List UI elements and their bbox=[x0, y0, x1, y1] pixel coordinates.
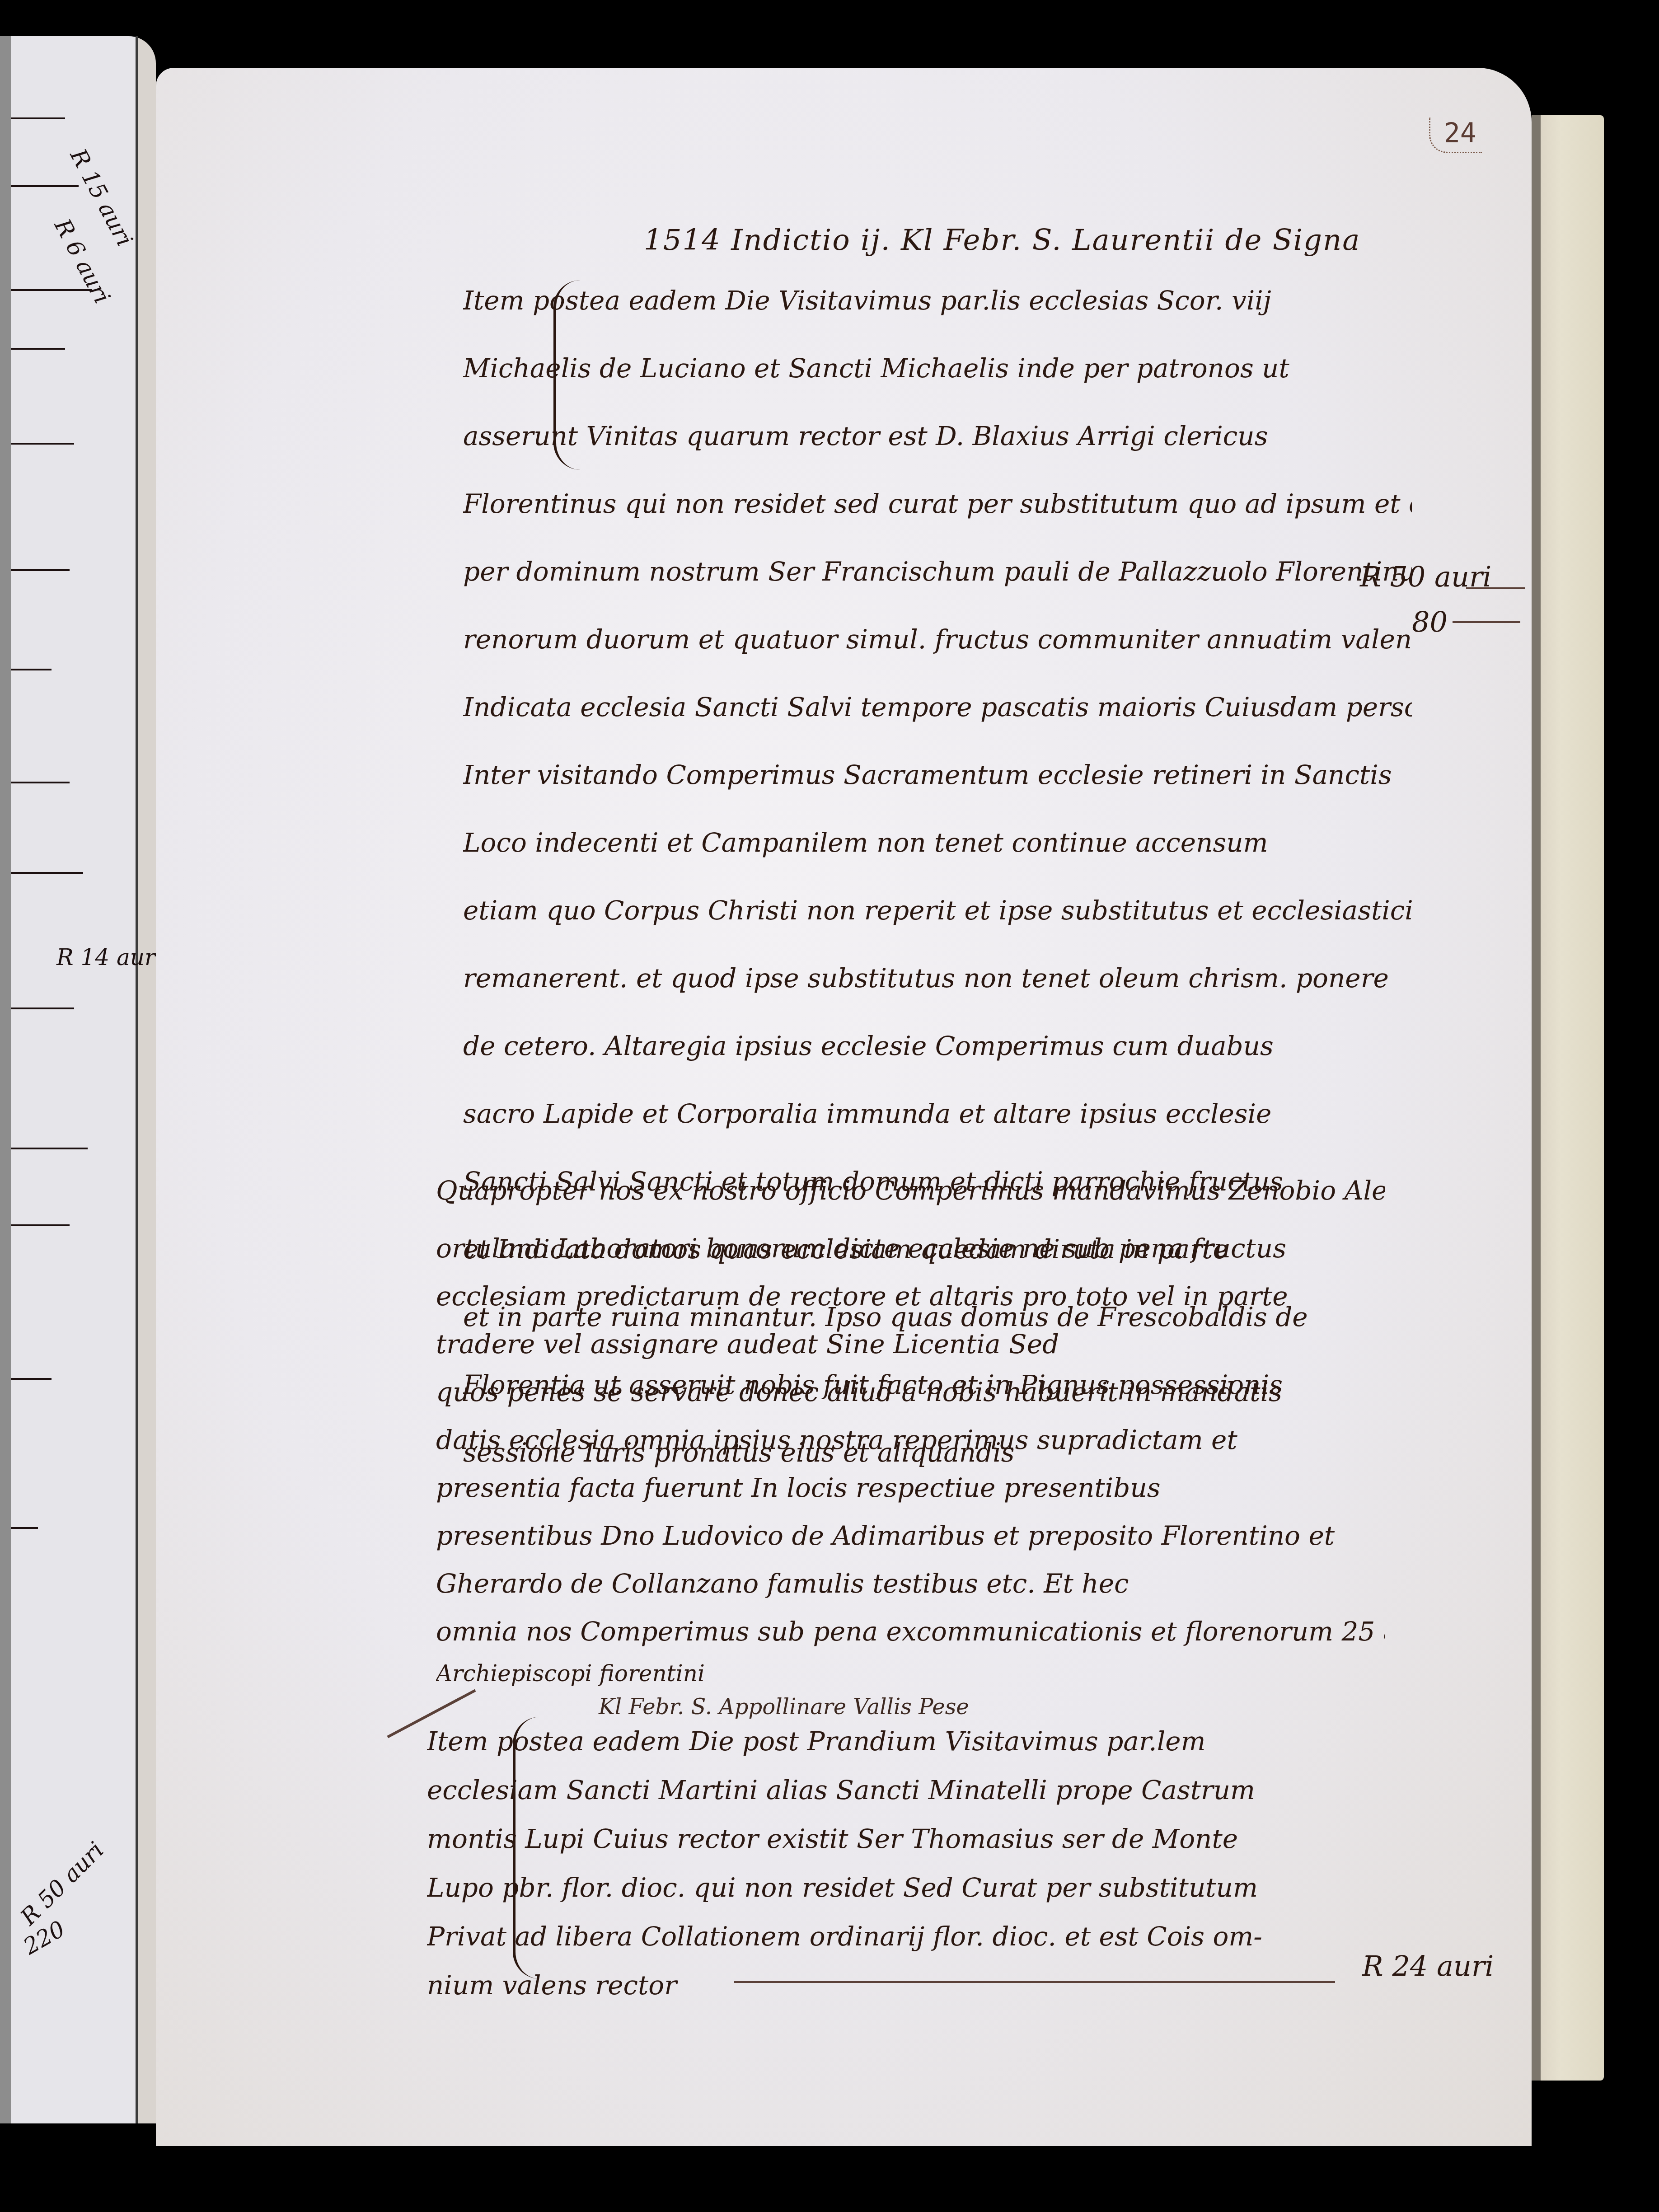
interline-heading: Kl Febr. S. Appollinare Vallis Pese bbox=[599, 1694, 969, 1720]
left-text-stub bbox=[11, 1008, 74, 1009]
manuscript-page: 24 1514 Indictio ij. Kl Febr. S. Laurent… bbox=[156, 68, 1532, 2146]
line-filler-rule bbox=[734, 1981, 1335, 1983]
text-line: Florentinus qui non residet sed curat pe… bbox=[463, 470, 1412, 538]
text-line: remanerent. et quod ipse substitutus non… bbox=[463, 944, 1412, 1012]
facing-left-page: R 15 auri R 6 auri R 14 auri R 50 auri 2… bbox=[0, 36, 156, 2123]
text-line: Indicata ecclesia Sancti Salvi tempore p… bbox=[463, 673, 1412, 741]
margin-rule bbox=[1466, 587, 1525, 589]
text-line: etiam quo Corpus Christi non reperit et … bbox=[463, 876, 1412, 944]
left-text-stub bbox=[11, 443, 74, 445]
text-line: ecclesiam Sancti Martini alias Sancti Mi… bbox=[427, 1766, 1376, 1814]
text-line: Quapropter nos ex nostro officio Comperi… bbox=[436, 1157, 1385, 1224]
page-header: 1514 Indictio ij. Kl Febr. S. Laurentii … bbox=[644, 224, 1360, 257]
text-line: per dominum nostrum Ser Francischum paul… bbox=[463, 538, 1412, 605]
left-text-stub bbox=[11, 185, 79, 187]
text-line: Inter visitando Comperimus Sacramentum e… bbox=[463, 741, 1412, 809]
page-stack-edge bbox=[1532, 115, 1604, 2081]
left-text-stub bbox=[11, 1224, 70, 1226]
left-text-stub bbox=[11, 348, 65, 350]
left-text-stub bbox=[11, 289, 92, 291]
visitation-entry-3: Item postea eadem Die post Prandium Visi… bbox=[427, 1717, 1376, 2010]
left-text-stub bbox=[11, 1378, 52, 1380]
text-line: ecclesiam predictarum de rectore et alta… bbox=[436, 1272, 1385, 1320]
text-line: ortulano Laboratori bonorum dicte eccles… bbox=[436, 1224, 1385, 1272]
left-text-stub bbox=[11, 117, 65, 119]
text-line: Loco indecenti et Campanilem non tenet c… bbox=[463, 809, 1412, 876]
text-line: datis ecclesia omnia ipsius nostra reper… bbox=[436, 1416, 1385, 1464]
left-margin-note: R 14 auri bbox=[56, 944, 163, 970]
text-line: Lupo pbr. flor. dioc. qui non residet Se… bbox=[427, 1863, 1376, 1912]
binding-gutter bbox=[136, 36, 138, 2123]
text-line: presentibus Dno Ludovico de Adimaribus e… bbox=[436, 1512, 1385, 1560]
left-text-stub bbox=[11, 782, 70, 783]
text-line: asserunt Vinitas quarum rector est D. Bl… bbox=[463, 402, 1412, 470]
left-text-stub bbox=[11, 669, 52, 670]
page-edge-shadow bbox=[1532, 115, 1541, 2081]
text-line: quos penes se servare donec aliud a nobi… bbox=[436, 1368, 1385, 1416]
text-line: renorum duorum et quatuor simul. fructus… bbox=[463, 605, 1412, 673]
left-text-stub bbox=[11, 872, 83, 874]
text-line: nium valens rector bbox=[427, 1961, 1376, 2010]
margin-rule bbox=[1453, 621, 1520, 623]
margin-valuation-note: 80 bbox=[1412, 605, 1448, 638]
text-line: presentia facta fuerunt In locis respect… bbox=[436, 1464, 1385, 1512]
left-text-stub bbox=[11, 1148, 88, 1149]
text-line: montis Lupi Cuius rector existit Ser Tho… bbox=[427, 1814, 1376, 1863]
left-text-stub bbox=[11, 1527, 38, 1529]
text-line: tradere vel assignare audeat Sine Licent… bbox=[436, 1320, 1385, 1368]
text-line: Item postea eadem Die post Prandium Visi… bbox=[427, 1717, 1376, 1766]
text-line: Privat ad libera Collationem ordinarij f… bbox=[427, 1912, 1376, 1961]
visitation-entry-2: Quapropter nos ex nostro officio Comperi… bbox=[436, 1157, 1385, 1692]
left-margin-note: R 50 auri bbox=[15, 1837, 109, 1930]
text-line: de cetero. Altaregia ipsius ecclesie Com… bbox=[463, 1012, 1412, 1080]
left-text-stub bbox=[11, 569, 70, 571]
folio-number: 24 bbox=[1429, 117, 1482, 153]
text-line: Archiepiscopi fiorentini bbox=[436, 1655, 1385, 1692]
text-line: sacro Lapide et Corporalia immunda et al… bbox=[463, 1080, 1412, 1148]
text-line: Item postea eadem Die Visitavimus par.li… bbox=[463, 267, 1412, 334]
text-line: Michaelis de Luciano et Sancti Michaelis… bbox=[463, 334, 1412, 402]
margin-valuation-note: R 24 auri bbox=[1362, 1950, 1494, 1982]
text-line: omnia nos Comperimus sub pena excommunic… bbox=[436, 1607, 1385, 1655]
text-line: Gherardo de Collanzano famulis testibus … bbox=[436, 1560, 1385, 1607]
